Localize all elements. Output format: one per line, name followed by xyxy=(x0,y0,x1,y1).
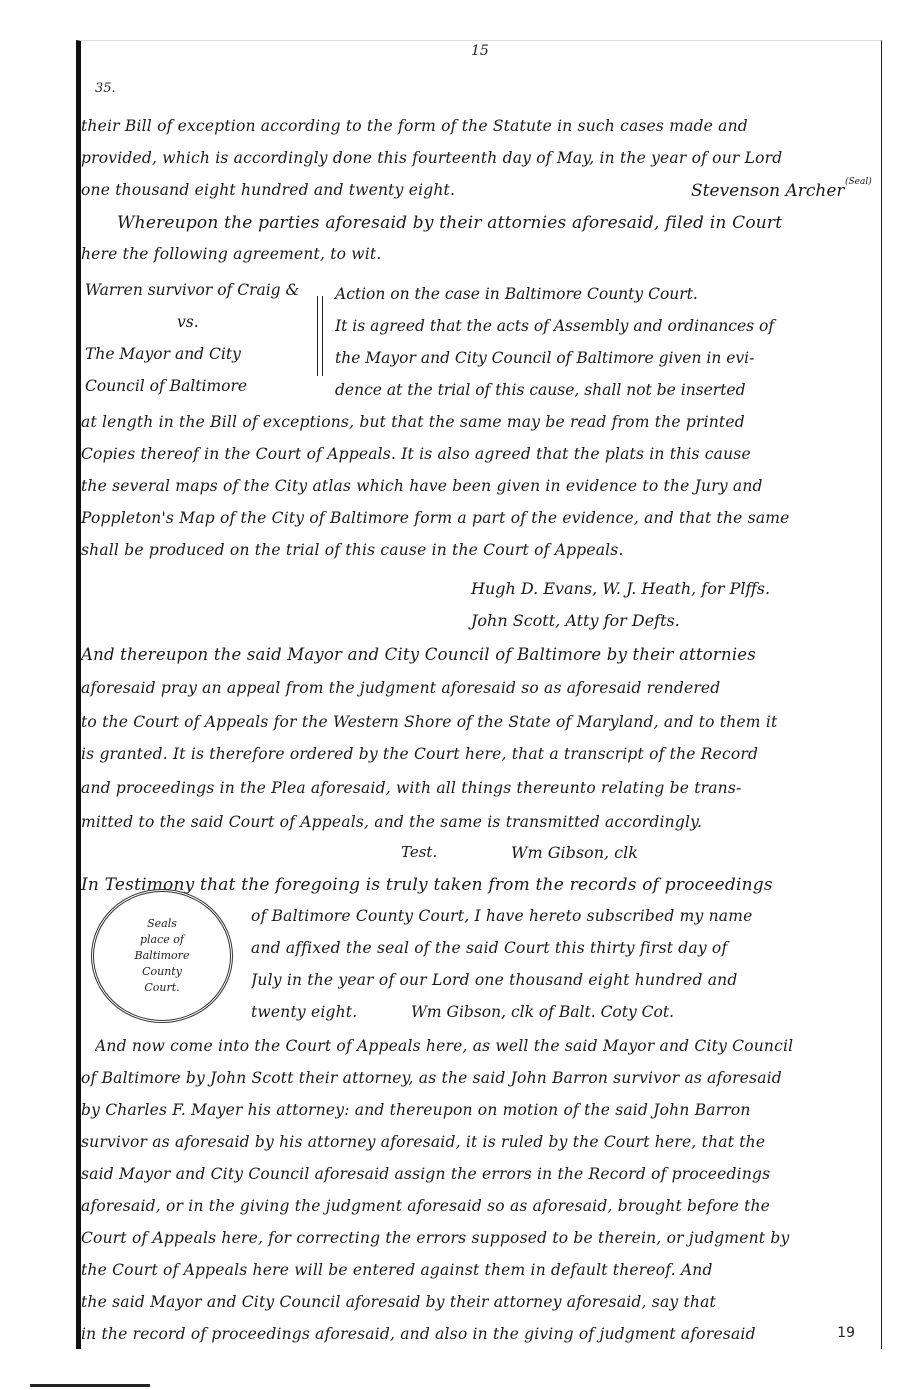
test-label: Test. xyxy=(401,843,437,861)
caption-versus: vs. xyxy=(177,313,199,331)
caption-text: Action on the case in Baltimore County C… xyxy=(335,285,698,303)
text-line: Copies thereof in the Court of Appeals. … xyxy=(81,445,876,463)
seal-text: Seals xyxy=(147,916,177,932)
court-seal: Seals place of Baltimore County Court. xyxy=(91,889,233,1023)
text-line: the said Mayor and City Council aforesai… xyxy=(81,1293,876,1311)
text-line: Whereupon the parties aforesaid by their… xyxy=(117,213,899,233)
attorney-signature-defendants: John Scott, Atty for Defts. xyxy=(471,611,680,630)
text-line: one thousand eight hundred and twenty ei… xyxy=(81,181,501,199)
page-number-bottom: 19 xyxy=(837,1325,855,1341)
text-line: their Bill of exception according to the… xyxy=(81,117,876,135)
signature-archer: Stevenson Archer xyxy=(691,181,845,201)
text-line: and affixed the seal of the said Court t… xyxy=(251,939,876,957)
seal-text: County xyxy=(142,964,182,980)
text-line: aforesaid pray an appeal from the judgme… xyxy=(81,679,876,697)
text-line: mitted to the said Court of Appeals, and… xyxy=(81,813,876,831)
text-line: the Court of Appeals here will be entere… xyxy=(81,1261,876,1279)
text-line: of Baltimore County Court, I have hereto… xyxy=(251,907,876,925)
text-line: is granted. It is therefore ordered by t… xyxy=(81,745,876,763)
text-line: And thereupon the said Mayor and City Co… xyxy=(81,645,876,664)
text-line: the several maps of the City atlas which… xyxy=(81,477,876,495)
text-line: shall be produced on the trial of this c… xyxy=(81,541,876,559)
seal-text: place of xyxy=(140,932,184,948)
scan-edge-mark xyxy=(30,1384,150,1387)
text-line: Poppleton's Map of the City of Baltimore… xyxy=(81,509,876,527)
text-line: to the Court of Appeals for the Western … xyxy=(81,713,876,731)
text-line: here the following agreement, to wit. xyxy=(81,245,876,263)
seal-mark: (Seal) xyxy=(845,177,872,187)
text-line: provided, which is accordingly done this… xyxy=(81,149,876,167)
caption-plaintiff: Warren survivor of Craig & xyxy=(85,281,299,299)
text-line: in the record of proceedings aforesaid, … xyxy=(81,1325,876,1343)
caption-defendant: Council of Baltimore xyxy=(85,377,247,395)
text-line: of Baltimore by John Scott their attorne… xyxy=(81,1069,876,1087)
text-line: survivor as aforesaid by his attorney af… xyxy=(81,1133,876,1151)
caption-text: dence at the trial of this cause, shall … xyxy=(335,381,746,399)
text-line: said Mayor and City Council aforesaid as… xyxy=(81,1165,876,1183)
text-line: In Testimony that the foregoing is truly… xyxy=(81,875,876,895)
clerk-signature: Wm Gibson, clk xyxy=(511,843,638,862)
seal-text: Baltimore xyxy=(135,948,190,964)
text-line: Court of Appeals here, for correcting th… xyxy=(81,1229,876,1247)
caption-text: the Mayor and City Council of Baltimore … xyxy=(335,349,754,367)
text-line: by Charles F. Mayer his attorney: and th… xyxy=(81,1101,876,1119)
text-line: And now come into the Court of Appeals h… xyxy=(95,1037,890,1055)
caption-defendant: The Mayor and City xyxy=(85,345,241,363)
text-line: twenty eight. xyxy=(251,1003,391,1021)
page-number-top: 15 xyxy=(471,43,489,59)
attorney-signature-plaintiffs: Hugh D. Evans, W. J. Heath, for Plffs. xyxy=(471,579,770,598)
text-line: aforesaid, or in the giving the judgment… xyxy=(81,1197,876,1215)
seal-text: Court. xyxy=(144,980,179,996)
manuscript-page: 15 35. their Bill of exception according… xyxy=(76,40,882,1349)
text-line: and proceedings in the Plea aforesaid, w… xyxy=(81,779,876,797)
text-line: at length in the Bill of exceptions, but… xyxy=(81,413,876,431)
caption-divider xyxy=(317,296,323,376)
caption-text: It is agreed that the acts of Assembly a… xyxy=(335,317,774,335)
clerk-signature-2: Wm Gibson, clk of Balt. Coty Cot. xyxy=(411,1003,674,1021)
folio-number: 35. xyxy=(95,81,116,96)
text-line: July in the year of our Lord one thousan… xyxy=(251,971,876,989)
